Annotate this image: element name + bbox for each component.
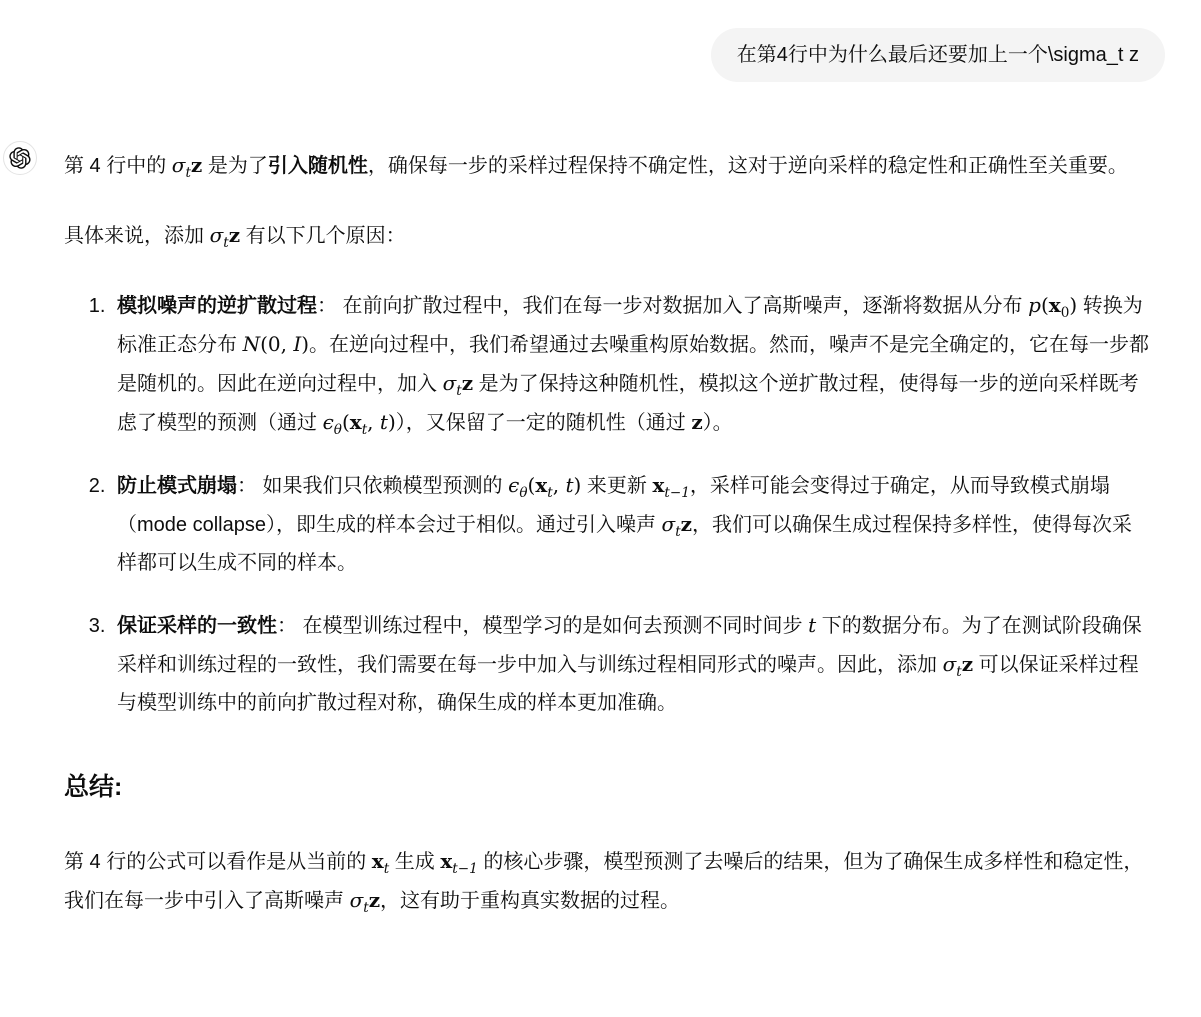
bold-text: 模拟噪声的逆扩散过程	[117, 295, 317, 317]
reasons-ordered-list: 模拟噪声的逆扩散过程： 在前向扩散过程中，我们在每一步对数据加入了高斯噪声，逐渐…	[64, 286, 1151, 722]
assistant-paragraph: 第 4 行的公式可以看作是从当前的 xt 生成 xt−1 的核心步骤，模型预测了…	[64, 842, 1151, 920]
assistant-message-content: 第 4 行中的 σtz 是为了引入随机性，确保每一步的采样过程保持不确定性，这对…	[64, 141, 1151, 951]
list-item: 模拟噪声的逆扩散过程： 在前向扩散过程中，我们在每一步对数据加入了高斯噪声，逐渐…	[111, 286, 1151, 442]
inline-math: σtz	[662, 512, 692, 536]
user-message-row: 在第4行中为什么最后还要加上一个\sigma_t z	[0, 0, 1201, 82]
chat-thread: 在第4行中为什么最后还要加上一个\sigma_t z 第 4 行中的 σtz 是…	[0, 0, 1201, 1017]
inline-math: xt	[372, 849, 389, 873]
list-item: 防止模式崩塌： 如果我们只依赖模型预测的 ϵθ(xt, t) 来更新 xt−1，…	[111, 466, 1151, 582]
inline-math: σtz	[350, 888, 380, 912]
inline-math: ϵθ(xt, t)	[323, 410, 396, 434]
summary-heading: 总结:	[64, 770, 1151, 804]
list-item: 保证采样的一致性： 在模型训练过程中，模型学习的是如何去预测不同时间步 t 下的…	[111, 606, 1151, 722]
inline-math: xt−1	[652, 473, 689, 497]
bold-text: 防止模式崩塌	[117, 475, 237, 497]
inline-math: p(x0)	[1028, 293, 1077, 317]
inline-math: z	[691, 410, 702, 434]
inline-math: σtz	[943, 652, 973, 676]
assistant-paragraph: 具体来说，添加 σtz 有以下几个原因：	[64, 216, 1151, 255]
inline-math: σtz	[210, 223, 240, 247]
inline-math: σtz	[172, 153, 202, 177]
inline-math: xt−1	[440, 849, 477, 873]
assistant-message-row: 第 4 行中的 σtz 是为了引入随机性，确保每一步的采样过程保持不确定性，这对…	[0, 141, 1201, 951]
assistant-avatar	[3, 141, 37, 175]
inline-math: t	[808, 613, 816, 637]
user-message-text: 在第4行中为什么最后还要加上一个\sigma_t z	[737, 44, 1139, 66]
bold-text: 引入随机性	[268, 155, 368, 177]
openai-logo-icon	[9, 147, 31, 169]
inline-math: N(0, I)	[243, 332, 309, 356]
bold-text: 保证采样的一致性	[117, 615, 277, 637]
user-message-bubble: 在第4行中为什么最后还要加上一个\sigma_t z	[711, 28, 1165, 82]
assistant-paragraph: 第 4 行中的 σtz 是为了引入随机性，确保每一步的采样过程保持不确定性，这对…	[64, 146, 1151, 185]
inline-math: σtz	[443, 371, 473, 395]
inline-math: ϵθ(xt, t)	[508, 473, 581, 497]
